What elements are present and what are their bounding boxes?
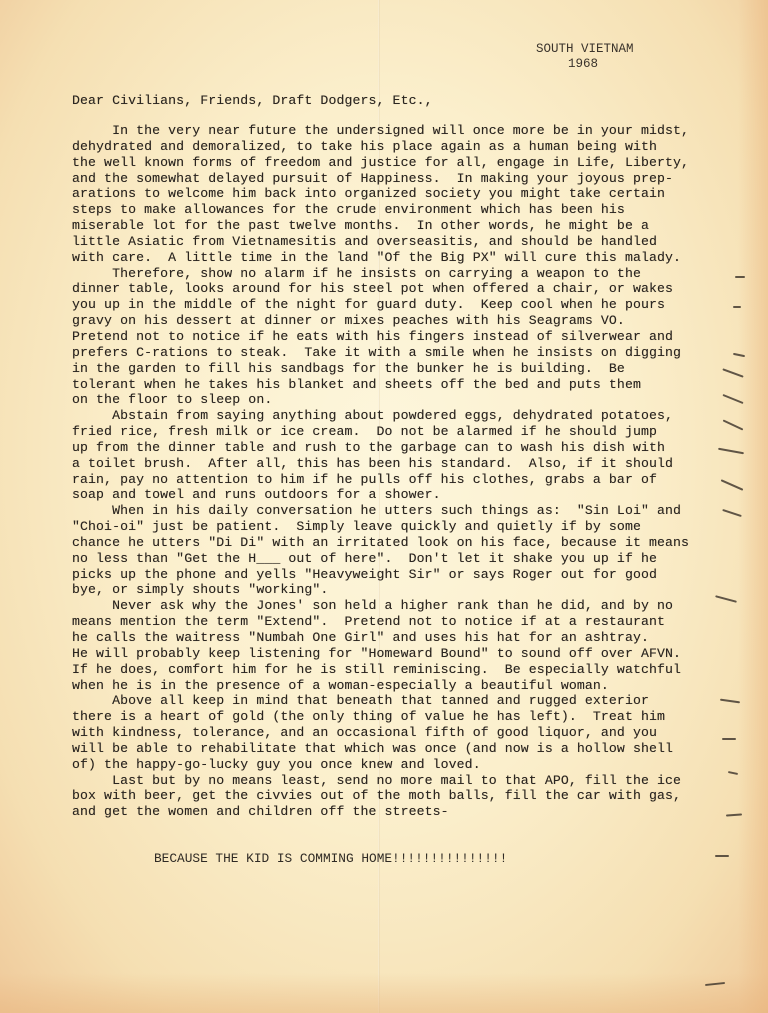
letter-line: with kindness, tolerance, and an occasio…: [72, 725, 689, 741]
paper-edge-stain-right: [738, 0, 768, 1013]
letter-line: up from the dinner table and rush to the…: [72, 440, 689, 456]
letter-line: bye, or simply shouts "working".: [72, 582, 689, 598]
letter-line: when he is in the presence of a woman-es…: [72, 678, 689, 694]
margin-mark: [735, 276, 745, 278]
letter-line: Last but by no means least, send no more…: [72, 773, 689, 789]
letter-page: SOUTH VIETNAM 1968 Dear Civilians, Frien…: [0, 0, 768, 1013]
salutation: Dear Civilians, Friends, Draft Dodgers, …: [72, 93, 433, 108]
letter-line: gravy on his dessert at dinner or mixes …: [72, 313, 689, 329]
letter-line: dehydrated and demoralized, to take his …: [72, 139, 689, 155]
letter-line: tolerant when he takes his blanket and s…: [72, 377, 689, 393]
letter-line: on the floor to sleep on.: [72, 392, 689, 408]
letter-line: the well known forms of freedom and just…: [72, 155, 689, 171]
letter-line: box with beer, get the civvies out of th…: [72, 788, 689, 804]
letter-line: In the very near future the undersigned …: [72, 123, 689, 139]
margin-mark: [715, 855, 729, 857]
letter-line: in the garden to fill his sandbags for t…: [72, 361, 689, 377]
letter-line: "Choi-oi" just be patient. Simply leave …: [72, 519, 689, 535]
margin-mark: [733, 306, 741, 308]
letter-line: will be able to rehabilitate that which …: [72, 741, 689, 757]
paper-edge-stain-bottom: [0, 973, 768, 1013]
dateline-place: SOUTH VIETNAM: [536, 42, 634, 56]
letter-line: a toilet brush. After all, this has been…: [72, 456, 689, 472]
letter-line: there is a heart of gold (the only thing…: [72, 709, 689, 725]
letter-line: fried rice, fresh milk or ice cream. Do …: [72, 424, 689, 440]
margin-mark: [722, 738, 736, 740]
letter-line: he calls the waitress "Numbah One Girl" …: [72, 630, 689, 646]
letter-line: Never ask why the Jones' son held a high…: [72, 598, 689, 614]
letter-line: picks up the phone and yells "Heavyweigh…: [72, 567, 689, 583]
margin-mark: [728, 771, 738, 775]
letter-line: When in his daily conversation he utters…: [72, 503, 689, 519]
letter-line: prefers C-rations to steak. Take it with…: [72, 345, 689, 361]
letter-line: you up in the middle of the night for gu…: [72, 297, 689, 313]
letter-line: Above all keep in mind that beneath that…: [72, 693, 689, 709]
letter-line: Abstain from saying anything about powde…: [72, 408, 689, 424]
letter-line: miserable lot for the past twelve months…: [72, 218, 689, 234]
letter-line: no less than "Get the H___ out of here".…: [72, 551, 689, 567]
margin-mark: [715, 595, 737, 603]
letter-line: dinner table, looks around for his steel…: [72, 281, 689, 297]
letter-line: rain, pay no attention to him if he pull…: [72, 472, 689, 488]
letter-line: soap and towel and runs outdoors for a s…: [72, 487, 689, 503]
dateline-year: 1968: [536, 57, 598, 71]
letter-line: steps to make allowances for the crude e…: [72, 202, 689, 218]
letter-line: of) the happy-go-lucky guy you once knew…: [72, 757, 689, 773]
letter-line: little Asiatic from Vietnamesitis and ov…: [72, 234, 689, 250]
letter-line: He will probably keep listening for "Hom…: [72, 646, 689, 662]
letter-line: means mention the term "Extend". Pretend…: [72, 614, 689, 630]
letter-line: chance he utters "Di Di" with an irritat…: [72, 535, 689, 551]
dateline: SOUTH VIETNAM 1968: [536, 42, 634, 72]
letter-line: and get the women and children off the s…: [72, 804, 689, 820]
letter-line: arations to welcome him back into organi…: [72, 186, 689, 202]
letter-line: Pretend not to notice if he eats with hi…: [72, 329, 689, 345]
letter-line: Therefore, show no alarm if he insists o…: [72, 266, 689, 282]
letter-body: In the very near future the undersigned …: [72, 123, 689, 820]
letter-line: and the somewhat delayed pursuit of Happ…: [72, 171, 689, 187]
closing-line: BECAUSE THE KID IS COMMING HOME!!!!!!!!!…: [154, 851, 507, 866]
letter-line: If he does, comfort him for he is still …: [72, 662, 689, 678]
letter-line: with care. A little time in the land "Of…: [72, 250, 689, 266]
